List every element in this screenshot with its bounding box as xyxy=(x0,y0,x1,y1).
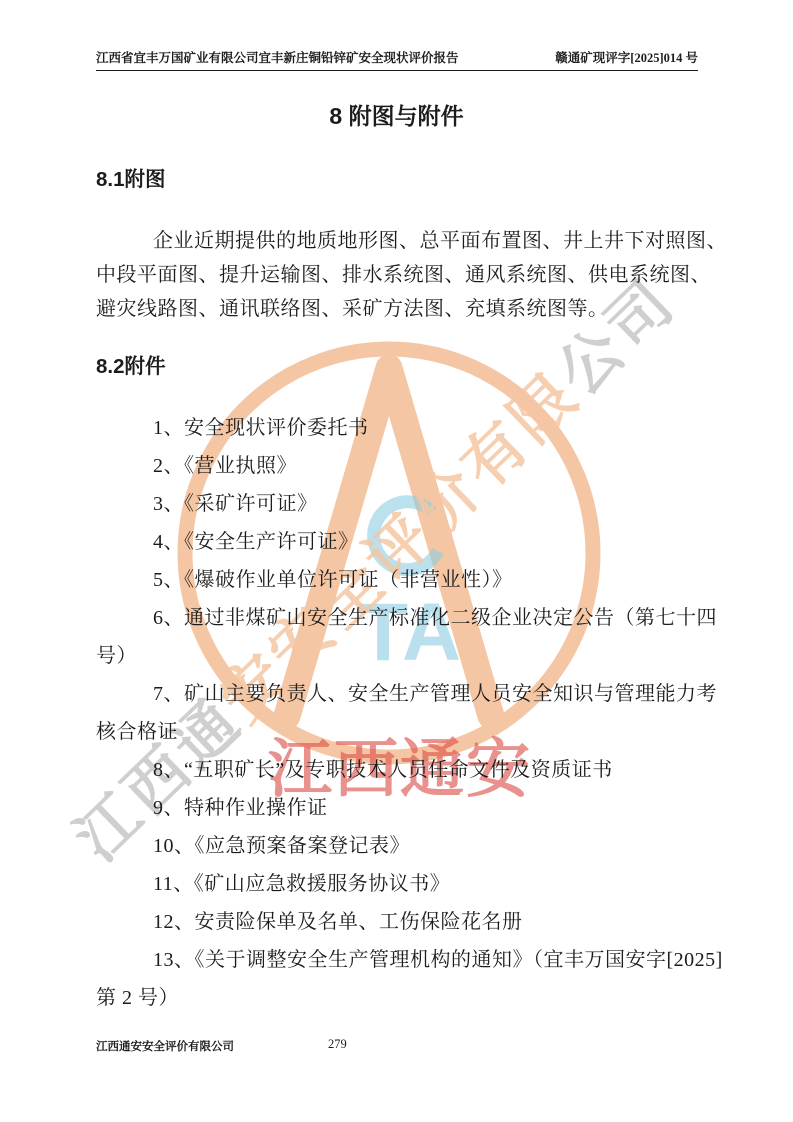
chapter-title: 8 附图与附件 xyxy=(0,98,793,131)
paragraph-line: 中段平面图、提升运输图、排水系统图、通风系统图、供电系统图、 xyxy=(96,258,727,292)
attachment-item-line: 号） xyxy=(96,637,723,675)
attachment-item-line: 12、安责险保单及名单、工伤保险花名册 xyxy=(96,903,723,941)
attachment-item-line: 13、《关于调整安全生产管理机构的通知》（宜丰万国安字[2025] xyxy=(96,941,723,979)
attachment-item-line: 10、《应急预案备案登记表》 xyxy=(96,827,723,865)
attachment-item-line: 9、特种作业操作证 xyxy=(96,789,723,827)
attachment-item-line: 6、通过非煤矿山安全生产标准化二级企业决定公告（第七十四 xyxy=(96,599,723,637)
header-doc-number: 赣通矿现评字[2025]014 号 xyxy=(555,50,698,70)
page-header: 江西省宜丰万国矿业有限公司宜丰新庄铜铅锌矿安全现状评价报告 赣通矿现评字[202… xyxy=(96,50,698,71)
attachment-item-line: 第 2 号） xyxy=(96,979,723,1017)
attachment-item-line: 2、《营业执照》 xyxy=(96,447,723,485)
header-report-title: 江西省宜丰万国矿业有限公司宜丰新庄铜铅锌矿安全现状评价报告 xyxy=(96,50,459,70)
footer-page-number: 279 xyxy=(328,1037,347,1052)
section-heading-8-2: 8.2附件 xyxy=(96,349,166,379)
attachment-item-line: 7、矿山主要负责人、安全生产管理人员安全知识与管理能力考 xyxy=(96,675,723,713)
document-content: 江西省宜丰万国矿业有限公司宜丰新庄铜铅锌矿安全现状评价报告 赣通矿现评字[202… xyxy=(0,0,793,1122)
attachment-item-line: 核合格证 xyxy=(96,713,723,751)
attachment-item-line: 5、《爆破作业单位许可证（非营业性）》 xyxy=(96,561,723,599)
section-heading-8-1: 8.1附图 xyxy=(96,162,166,192)
report-page: TA 江西通安安全评价有限公司 江西通安 江西省宜丰万国矿业有限公司宜丰新庄铜铅… xyxy=(0,0,793,1122)
attachment-item-line: 1、安全现状评价委托书 xyxy=(96,409,723,447)
paragraph-line: 避灾线路图、通讯联络图、采矿方法图、充填系统图等。 xyxy=(96,292,727,326)
figures-paragraph: 企业近期提供的地质地形图、总平面布置图、井上井下对照图、中段平面图、提升运输图、… xyxy=(96,224,727,326)
paragraph-line: 企业近期提供的地质地形图、总平面布置图、井上井下对照图、 xyxy=(96,224,727,258)
attachment-item-line: 4、《安全生产许可证》 xyxy=(96,523,723,561)
attachment-item-line: 8、“五职矿长”及专职技术人员任命文件及资质证书 xyxy=(96,751,723,789)
attachment-item-line: 11、《矿山应急救援服务协议书》 xyxy=(96,865,723,903)
attachments-list: 1、安全现状评价委托书2、《营业执照》3、《采矿许可证》4、《安全生产许可证》5… xyxy=(96,409,723,1017)
footer-company-name: 江西通安安全评价有限公司 xyxy=(96,1038,234,1054)
attachment-item-line: 3、《采矿许可证》 xyxy=(96,485,723,523)
